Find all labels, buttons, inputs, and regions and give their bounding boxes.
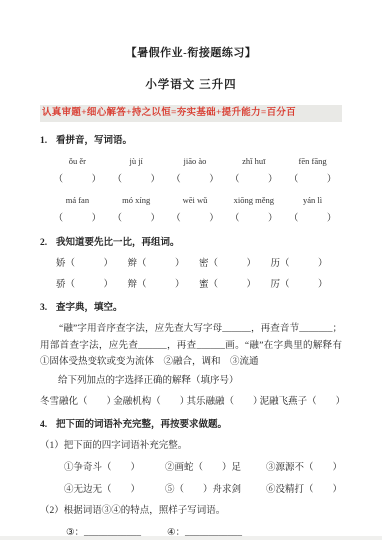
q1-pinyin-row-2: má fan mó xíng wēi wǔ xiōng měng yán lì	[48, 195, 342, 206]
idiom-item: ⑥没精打（ ）	[266, 484, 342, 496]
pinyin-word: wēi wǔ	[166, 195, 225, 206]
idiom-item: ④无边无（ ）	[64, 484, 140, 496]
q4-subquestion-1: （1）把下面的四字词语补充完整。	[40, 440, 342, 452]
q2-compare-row-2: 骄（ ） 辩（ ） 蜜（ ） 厉（ ）	[56, 279, 342, 291]
hanzi-char: 娇	[56, 259, 66, 269]
q3-item: 冬雪融化（ ）	[40, 396, 113, 408]
answer-brackets: （ ）	[224, 174, 283, 186]
question-2: 2. 我知道要先比一比，再组词。 娇（ ） 辫（ ） 密（ ） 历（ ） 骄（ …	[40, 237, 342, 291]
q2-compare-row-1: 娇（ ） 辫（ ） 密（ ） 历（ ）	[56, 258, 342, 270]
compare-word-group: 辫（ ）	[128, 258, 200, 270]
page-title: 【暑假作业-衔接题练习】	[40, 0, 342, 60]
hanzi-char: 密	[199, 259, 209, 269]
q3-number: 3.	[40, 302, 56, 314]
compare-word-group: 辩（ ）	[128, 279, 200, 291]
idiom-item: ⑤（ ）舟求剑	[165, 484, 241, 496]
page-bottom-edge	[0, 536, 382, 540]
question-4: 4. 把下面的词语补充完整，再按要求做题。 （1）把下面的四字词语补充完整。 ①…	[40, 419, 342, 539]
q2-prompt: 我知道要先比一比，再组词。	[56, 237, 180, 249]
hanzi-char: 历	[271, 259, 281, 269]
answer-brackets: （ ）	[283, 174, 342, 186]
pinyin-word: jù jí	[107, 156, 166, 167]
q4-prompt: 把下面的词语补充完整，再按要求做题。	[56, 419, 227, 431]
q2-heading: 2. 我知道要先比一比，再组词。	[40, 237, 342, 249]
answer-brackets: （ ）	[137, 280, 185, 290]
answer-brackets: （ ）	[66, 259, 114, 269]
pinyin-word: xiōng měng	[224, 195, 283, 206]
question-3: 3. 查字典，填空。 “融”字用音序查字法，应先查大写字母______，再查音节…	[40, 302, 342, 408]
q3-items-row: 冬雪融化（ ） 金融机构（ ） 其乐融融（ ） 泥融飞燕子（ ）	[40, 396, 342, 408]
hanzi-char: 厉	[271, 280, 281, 290]
idiom-item: ③源源不（ ）	[266, 462, 342, 474]
answer-brackets: （ ）	[280, 259, 328, 269]
q4-idiom-row-2: ④无边无（ ） ⑤（ ）舟求剑 ⑥没精打（ ）	[64, 484, 342, 496]
q1-answer-brackets-row-1: （ ） （ ） （ ） （ ） （ ）	[48, 174, 342, 186]
q3-heading: 3. 查字典，填空。	[40, 302, 342, 314]
compare-word-group: 娇（ ）	[56, 258, 128, 270]
idiom-item: ②画蛇（ ）足	[165, 462, 241, 474]
answer-brackets: （ ）	[48, 213, 107, 225]
compare-word-group: 厉（ ）	[271, 279, 343, 291]
answer-brackets: （ ）	[166, 213, 225, 225]
q2-number: 2.	[40, 237, 56, 249]
answer-brackets: （ ）	[224, 213, 283, 225]
compare-word-group: 密（ ）	[199, 258, 271, 270]
answer-brackets: （ ）	[107, 174, 166, 186]
pinyin-word: yán lì	[283, 195, 342, 206]
q4-number: 4.	[40, 419, 56, 431]
motto-banner: 认真审题+细心解答+持之以恒=夯实基础+提升能力=百分百	[40, 105, 342, 122]
worksheet-page: 【暑假作业-衔接题练习】 小学语文 三升四 认真审题+细心解答+持之以恒=夯实基…	[0, 0, 382, 539]
idiom-item: ①争奇斗（ ）	[64, 462, 140, 474]
q3-item: 金融机构（ ）	[113, 396, 186, 408]
q3-prompt: 查字典，填空。	[56, 302, 123, 314]
pinyin-word: ǒu ěr	[48, 156, 107, 167]
compare-word-group: 蜜（ ）	[199, 279, 271, 291]
hanzi-char: 骄	[56, 280, 66, 290]
pinyin-word: mó xíng	[107, 195, 166, 206]
hanzi-char: 蜜	[199, 280, 209, 290]
q3-choose-prompt: 给下列加点的字选择正确的解释（填序号）	[58, 375, 342, 388]
answer-brackets: （ ）	[107, 213, 166, 225]
q1-number: 1.	[40, 135, 56, 147]
hanzi-char: 辫	[128, 259, 138, 269]
answer-brackets: （ ）	[166, 174, 225, 186]
q1-prompt: 看拼音，写词语。	[56, 135, 132, 147]
answer-brackets: （ ）	[209, 259, 257, 269]
q4-heading: 4. 把下面的词语补充完整，再按要求做题。	[40, 419, 342, 431]
answer-brackets: （ ）	[48, 174, 107, 186]
q1-pinyin-row-1: ǒu ěr jù jí jiāo ào zhǐ huī fēn fāng	[48, 156, 342, 167]
compare-word-group: 骄（ ）	[56, 279, 128, 291]
page-subtitle: 小学语文 三升四	[40, 76, 342, 92]
pinyin-word: zhǐ huī	[224, 156, 283, 167]
answer-brackets: （ ）	[280, 280, 328, 290]
question-1: 1. 看拼音，写词语。 ǒu ěr jù jí jiāo ào zhǐ huī …	[40, 135, 342, 225]
q1-heading: 1. 看拼音，写词语。	[40, 135, 342, 147]
answer-brackets: （ ）	[209, 280, 257, 290]
q3-item: 其乐融融（ ）	[186, 396, 259, 408]
pinyin-word: jiāo ào	[166, 156, 225, 167]
q4-idiom-row-1: ①争奇斗（ ） ②画蛇（ ）足 ③源源不（ ）	[64, 462, 342, 474]
q3-dictionary-paragraph: “融”字用音序查字法，应先查大写字母______，再查音节_______；用部首…	[40, 321, 342, 371]
pinyin-word: má fan	[48, 195, 107, 206]
answer-brackets: （ ）	[283, 213, 342, 225]
q4-subquestion-2: （2）根据词语③④的特点，照样子写词语。	[40, 505, 342, 517]
answer-brackets: （ ）	[137, 259, 185, 269]
q1-answer-brackets-row-2: （ ） （ ） （ ） （ ） （ ）	[48, 213, 342, 225]
hanzi-char: 辩	[128, 280, 138, 290]
q3-item: 泥融飞燕子（ ）	[260, 396, 342, 408]
compare-word-group: 历（ ）	[271, 258, 343, 270]
answer-brackets: （ ）	[66, 280, 114, 290]
pinyin-word: fēn fāng	[283, 156, 342, 167]
